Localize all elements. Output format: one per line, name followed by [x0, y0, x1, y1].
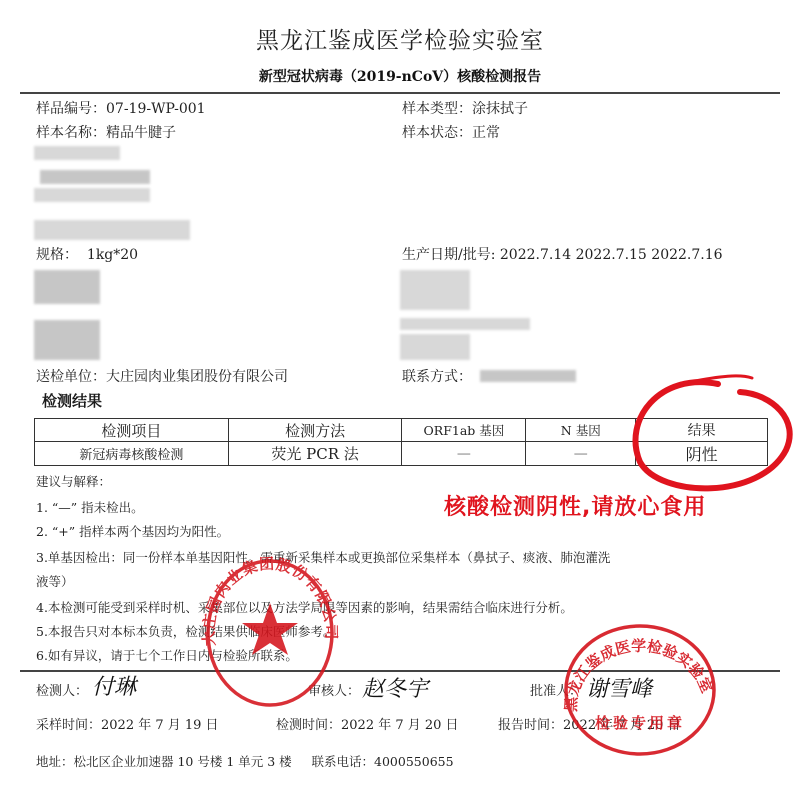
- sample-type-field: 样本类型：涂抹拭子: [402, 98, 528, 118]
- submitter-field: 送检单位：大庄园肉业集团股份有限公司: [36, 366, 288, 386]
- redacted-block: [34, 320, 100, 360]
- notes-heading: 建议与解释：: [36, 472, 111, 490]
- sample-id-field: 样品编号：07-19-WP-001: [36, 98, 206, 118]
- sample-id-value: 07-19-WP-001: [106, 101, 206, 117]
- spec-label: 规格：: [36, 247, 78, 263]
- redacted-block: [400, 270, 470, 310]
- sample-type-value: 涂抹拭子: [472, 101, 528, 117]
- redacted-block: [400, 318, 530, 330]
- reviewer-signature: 赵冬宇: [362, 672, 428, 703]
- sample-state-label: 样本状态：: [402, 125, 472, 141]
- header-cell: 检测项目: [35, 419, 229, 442]
- results-table: 检测项目 检测方法 ORF1ab 基因 N 基因 结果 新冠病毒核酸检测 荧光 …: [34, 418, 768, 466]
- report-title: 新型冠状病毒（2019-nCoV）核酸检测报告: [0, 66, 800, 86]
- table-header-row: 检测项目 检测方法 ORF1ab 基因 N 基因 结果: [35, 419, 768, 442]
- approver-label: 批准人：: [530, 680, 582, 699]
- note-item: 5.本报告只对本标本负责，检测结果供临床医师参考。: [36, 622, 335, 640]
- n-gene-cell: —: [526, 442, 636, 466]
- header-cell: 结果: [636, 419, 768, 442]
- production-label: 生产日期/批号:: [402, 247, 500, 263]
- note-item: 液等）: [36, 572, 74, 590]
- footer-address: 地址：松北区企业加速器 10 号楼 1 单元 3 楼: [36, 754, 292, 769]
- contact-label: 联系方式：: [402, 369, 472, 385]
- table-row: 新冠病毒核酸检测 荧光 PCR 法 — — 阴性: [35, 442, 768, 466]
- note-item: 4.本检测可能受到采样时机、采集部位以及方法学局限等因素的影响，结果需结合临床进…: [36, 598, 573, 616]
- orf1ab-cell: —: [402, 442, 526, 466]
- tester-label: 检测人：: [36, 680, 88, 699]
- sampling-date: 采样时间：2022 年 7 月 19 日: [36, 714, 219, 733]
- submitter-value: 大庄园肉业集团股份有限公司: [106, 369, 288, 385]
- contact-field: 联系方式：: [402, 366, 472, 386]
- tester-signature: 付琳: [92, 670, 136, 701]
- report-date: 报告时间：2022 年 7 月 20 日: [498, 714, 681, 733]
- spec-value: 1kg*20: [87, 247, 138, 263]
- testing-date: 检测时间：2022 年 7 月 20 日: [276, 714, 459, 733]
- results-section-title: 检测结果: [42, 390, 102, 411]
- test-method-cell: 荧光 PCR 法: [228, 442, 402, 466]
- redacted-contact: [480, 370, 576, 382]
- result-cell: 阴性: [636, 442, 768, 466]
- lab-name: 黑龙江鉴成医学检验实验室: [0, 22, 800, 55]
- redacted-block: [34, 220, 190, 240]
- reviewer-label: 审核人：: [308, 680, 360, 699]
- header-cell: ORF1ab 基因: [402, 419, 526, 442]
- approver-signature: 谢雪峰: [586, 672, 652, 703]
- spec-field: 规格： 1kg*20: [36, 244, 138, 264]
- sample-name-label: 样本名称：: [36, 125, 106, 141]
- production-value: 2022.7.14 2022.7.15 2022.7.16: [500, 247, 723, 263]
- submitter-label: 送检单位：: [36, 369, 106, 385]
- redacted-block: [34, 270, 100, 304]
- note-item: 1. “—” 指未检出。: [36, 498, 144, 516]
- header-cell: N 基因: [526, 419, 636, 442]
- header-cell: 检测方法: [228, 419, 402, 442]
- sample-name-field: 样本名称：精品牛腱子: [36, 122, 176, 142]
- note-item: 2. “+” 指样本两个基因均为阳性。: [36, 522, 229, 540]
- sample-state-value: 正常: [472, 125, 500, 141]
- sample-type-label: 样本类型：: [402, 101, 472, 117]
- test-item-cell: 新冠病毒核酸检测: [35, 442, 229, 466]
- sample-state-field: 样本状态：正常: [402, 122, 500, 142]
- production-field: 生产日期/批号: 2022.7.14 2022.7.15 2022.7.16: [402, 244, 723, 264]
- header-divider: [20, 92, 780, 94]
- note-item: 3.单基因检出：同一份样本单基因阳性。需重新采集样本或更换部位采集样本（鼻拭子、…: [36, 548, 610, 566]
- promo-banner: 核酸检测阴性,请放心食用: [444, 490, 706, 521]
- sample-id-label: 样品编号：: [36, 101, 106, 117]
- redacted-block: [40, 170, 150, 184]
- footer-phone: 联系电话：4000550655: [312, 754, 454, 769]
- redacted-block: [34, 146, 120, 160]
- sample-name-value: 精品牛腱子: [106, 125, 176, 141]
- redacted-block: [400, 334, 470, 360]
- footer-contact: 地址：松北区企业加速器 10 号楼 1 单元 3 楼 联系电话：40005506…: [36, 752, 454, 770]
- note-item: 6.如有异议，请于七个工作日内与检验所联系。: [36, 646, 298, 664]
- redacted-block: [34, 188, 150, 202]
